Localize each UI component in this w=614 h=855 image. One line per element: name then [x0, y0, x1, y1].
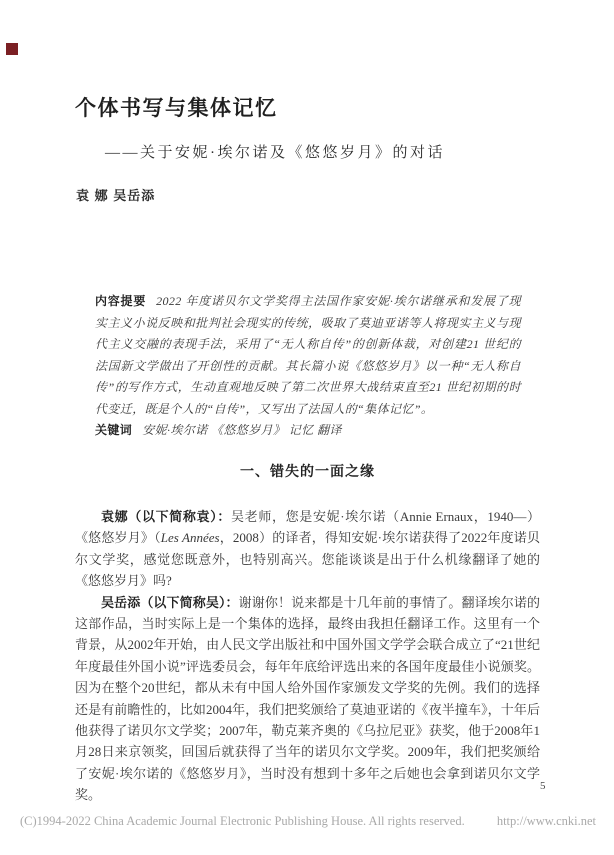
section-heading: 一、错失的一面之缘 [75, 461, 540, 481]
book-title-french: Les Années [161, 530, 220, 545]
abstract-block: 内容提要2022 年度诺贝尔文学奖得主法国作家安妮·埃尔诺继承和发展了现实主义小… [95, 291, 521, 442]
footer: (C)1994-2022 China Academic Journal Elec… [20, 814, 596, 829]
keywords-line: 关键词安妮·埃尔诺 《悠悠岁月》 记忆 翻译 [95, 420, 521, 442]
corner-mark [6, 43, 18, 55]
dialog-paragraph-yuan: 袁娜（以下简称袁）：吴老师，您是安妮·埃尔诺（Annie Ernaux，1940… [75, 506, 540, 592]
speaker-yuan: 袁娜（以下简称袁）： [101, 509, 231, 524]
abstract-paragraph: 内容提要2022 年度诺贝尔文学奖得主法国作家安妮·埃尔诺继承和发展了现实主义小… [95, 291, 521, 420]
keywords-label: 关键词 [95, 423, 132, 437]
abstract-label: 内容提要 [95, 294, 146, 308]
abstract-text: 2022 年度诺贝尔文学奖得主法国作家安妮·埃尔诺继承和发展了现实主义小说反映和… [95, 294, 521, 416]
keywords-text: 安妮·埃尔诺 《悠悠岁月》 记忆 翻译 [142, 423, 342, 437]
dialog-body: 袁娜（以下简称袁）：吴老师，您是安妮·埃尔诺（Annie Ernaux，1940… [75, 506, 540, 806]
authors: 袁 娜 吴岳添 [76, 185, 155, 204]
para2-text: 谢谢你！说来都是十几年前的事情了。翻译埃尔诺的这部作品，当时实际上是一个集体的选… [75, 595, 540, 803]
footer-url: http://www.cnki.net [497, 814, 596, 829]
page-title: 个体书写与集体记忆 [75, 92, 540, 122]
document-page: 个体书写与集体记忆 ——关于安妮·埃尔诺及《悠悠岁月》的对话 袁 娜 吴岳添 内… [0, 0, 614, 855]
dialog-paragraph-wu: 吴岳添（以下简称吴）：谢谢你！说来都是十几年前的事情了。翻译埃尔诺的这部作品，当… [75, 592, 540, 806]
page-number: 5 [540, 780, 546, 792]
footer-copyright: (C)1994-2022 China Academic Journal Elec… [20, 814, 465, 829]
speaker-wu: 吴岳添（以下简称吴）： [101, 595, 239, 610]
page-subtitle: ——关于安妮·埃尔诺及《悠悠岁月》的对话 [75, 141, 555, 162]
